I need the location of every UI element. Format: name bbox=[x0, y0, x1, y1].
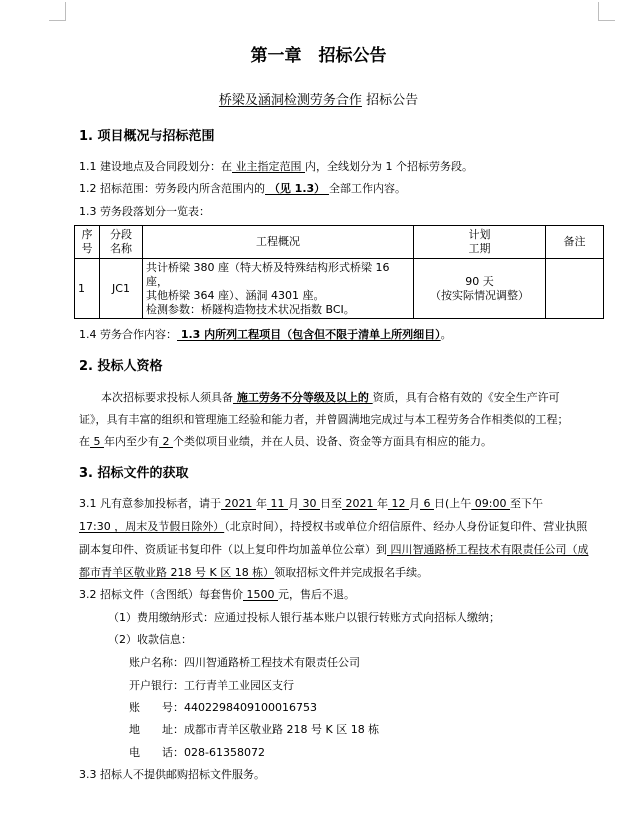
bank-row: 开户银行：工行青羊工业园区支行 bbox=[129, 677, 294, 693]
para-text: 个类似项目业绩，并在人员、设备、资金等方面具有相应的能力。 bbox=[173, 435, 492, 448]
company-field: 四川智通路桥工程技术有限责任公司（成 bbox=[387, 543, 589, 556]
chapter-title: 第一章 招标公告 bbox=[0, 41, 637, 66]
para-text: 年内至少有 bbox=[104, 435, 159, 448]
header-period: 计划工期 bbox=[414, 226, 546, 259]
section-3-heading: 3. 招标文件的获取 bbox=[79, 462, 189, 481]
location-field: 业主指定范围 bbox=[232, 160, 305, 173]
clause-text: 1.1 建设地点及合同段划分：在 bbox=[79, 160, 232, 173]
phone-row: 电 话：028-61358072 bbox=[129, 744, 265, 760]
cell-remark bbox=[546, 259, 604, 319]
payment-method: （1）费用缴纳形式：应通过投标人银行基本账户以银行转账方式向招标人缴纳； bbox=[108, 609, 500, 625]
cell-desc: 共计桥梁 380 座（特大桥及特殊结构形式桥梁 16 座，其他桥梁 364 座）… bbox=[143, 259, 414, 319]
price-field: 1500 bbox=[243, 588, 278, 601]
field-label: 地 址： bbox=[129, 723, 184, 736]
field-value: 028-61358072 bbox=[184, 746, 265, 759]
clause-1-4: 1.4 劳务合作内容： 1.3 内所列工程项目（包含但不限于清单上所列细目）。 bbox=[79, 326, 452, 342]
clause-text: 1.2 招标范围：劳务段内所含范围内的 bbox=[79, 182, 265, 195]
period-line: （按实际情况调整） bbox=[430, 289, 529, 302]
clause-1-3: 1.3 劳务段落划分一览表： bbox=[79, 203, 210, 219]
page-margin-corner-top-left bbox=[49, 2, 66, 21]
end-month: 12 bbox=[388, 497, 409, 510]
field-value: 4402298409100016753 bbox=[184, 701, 317, 714]
clause-text: 全部工作内容。 bbox=[329, 182, 406, 195]
desc-line: 检测参数：桥隧构造物技术状况指数 BCI。 bbox=[146, 303, 355, 316]
header-text: 计划 bbox=[469, 228, 491, 241]
pm-time: 17:30 ，周末及节假日除外） bbox=[79, 520, 224, 533]
para-text: 本次招标要求投标人须具备 bbox=[101, 391, 233, 404]
header-desc: 工程概况 bbox=[143, 226, 414, 259]
cell-period: 90 天（按实际情况调整） bbox=[414, 259, 546, 319]
header-remark: 备注 bbox=[546, 226, 604, 259]
clause-3-1-line-1: 3.1 凡有意参加投标者，请于 2021 年 11 月 30 日至 2021 年… bbox=[79, 495, 543, 511]
table-row: 1 JC1 共计桥梁 380 座（特大桥及特殊结构形式桥梁 16 座，其他桥梁 … bbox=[75, 259, 604, 319]
subtitle-project: 桥梁及涵洞检测劳务合作 bbox=[219, 93, 362, 108]
table-header-row: 序号 分段名称 工程概况 计划工期 备注 bbox=[75, 226, 604, 259]
clause-text: 1.4 劳务合作内容： bbox=[79, 328, 177, 341]
start-month: 11 bbox=[267, 497, 288, 510]
clause-3-2: 3.2 招标文件（含图纸）每套售价 1500 元，售后不退。 bbox=[79, 586, 355, 602]
clause-3-1-line-3: 副本复印件、资质证书复印件（以上复印件均加盖单位公章）到 四川智通路桥工程技术有… bbox=[79, 541, 589, 557]
clause-text: 内，全线划分为 1 个招标劳务段。 bbox=[305, 160, 473, 173]
address-field: 都市青羊区敬业路 218 号 K 区 18 栋） bbox=[79, 566, 274, 579]
clause-3-3: 3.3 招标人不提供邮购招标文件服务。 bbox=[79, 766, 265, 782]
end-year: 2021 bbox=[342, 497, 377, 510]
clause-text: 日至 bbox=[320, 497, 342, 510]
scope-field: （见 1.3） bbox=[265, 182, 329, 195]
account-number-row: 账 号：4402298409100016753 bbox=[129, 699, 317, 715]
clause-text: 3.2 招标文件（含图纸）每套售价 bbox=[79, 588, 243, 601]
period-line: 90 天 bbox=[465, 275, 494, 288]
clause-text: 年 bbox=[377, 497, 388, 510]
clause-text: 副本复印件、资质证书复印件（以上复印件均加盖单位公章）到 bbox=[79, 543, 387, 556]
clause-text: 月 bbox=[288, 497, 299, 510]
start-day: 30 bbox=[299, 497, 320, 510]
field-label: 电 话： bbox=[129, 746, 184, 759]
field-value: 四川智通路桥工程技术有限责任公司 bbox=[184, 656, 360, 669]
clause-text: 年 bbox=[256, 497, 267, 510]
header-text: 号 bbox=[82, 242, 93, 255]
clause-text: 3.1 凡有意参加投标者，请于 bbox=[79, 497, 221, 510]
header-name: 分段名称 bbox=[100, 226, 143, 259]
page-margin-corner-top-right bbox=[598, 2, 615, 21]
clause-1-2: 1.2 招标范围：劳务段内所含范围内的 （见 1.3） 全部工作内容。 bbox=[79, 180, 406, 196]
years-field: 5 bbox=[90, 435, 104, 448]
qualification-para-line-1: 本次招标要求投标人须具备 施工劳务不分等级及以上的 资质，具有合格有效的《安全生… bbox=[101, 389, 560, 405]
account-name-row: 账户名称：四川智通路桥工程技术有限责任公司 bbox=[129, 654, 360, 670]
count-field: 2 bbox=[159, 435, 173, 448]
labor-section-table: 序号 分段名称 工程概况 计划工期 备注 1 JC1 共计桥梁 380 座（特大… bbox=[74, 225, 604, 319]
cooperation-content-field: 1.3 内所列工程项目（包含但不限于清单上所列细目） bbox=[177, 328, 441, 341]
field-label: 账户名称： bbox=[129, 656, 184, 669]
start-year: 2021 bbox=[221, 497, 256, 510]
payment-info-heading: （2）收款信息： bbox=[108, 631, 192, 647]
qualification-field: 施工劳务不分等级及以上的 bbox=[233, 391, 373, 404]
section-1-heading: 1. 项目概况与招标范围 bbox=[79, 125, 215, 144]
qualification-para-line-3: 在 5 年内至少有 2 个类似项目业绩，并在人员、设备、资金等方面具有相应的能力… bbox=[79, 433, 492, 449]
desc-line: 共计桥梁 380 座（特大桥及特殊结构形式桥梁 16 座， bbox=[146, 261, 389, 288]
clause-1-1: 1.1 建设地点及合同段划分：在 业主指定范围 内，全线划分为 1 个招标劳务段… bbox=[79, 158, 473, 174]
header-text: 工期 bbox=[469, 242, 491, 255]
clause-3-1-line-2: 17:30 ，周末及节假日除外）（北京时间），持授权书或单位介绍信原件、经办人身… bbox=[79, 518, 587, 534]
para-text: 在 bbox=[79, 435, 90, 448]
cell-no: 1 bbox=[75, 259, 100, 319]
field-label: 开户银行： bbox=[129, 679, 184, 692]
header-text: 序 bbox=[82, 228, 93, 241]
am-time: 09:00 bbox=[471, 497, 510, 510]
field-value: 工行青羊工业园区支行 bbox=[184, 679, 294, 692]
cell-name: JC1 bbox=[100, 259, 143, 319]
subtitle-rest: 招标公告 bbox=[366, 93, 418, 108]
clause-text: 。 bbox=[441, 328, 452, 341]
desc-line: 其他桥梁 364 座）、涵洞 4301 座。 bbox=[146, 289, 324, 302]
clause-text: 元，售后不退。 bbox=[278, 588, 355, 601]
header-text: 分段 bbox=[110, 228, 132, 241]
clause-text: 日(上午 bbox=[434, 497, 471, 510]
header-text: 名称 bbox=[110, 242, 132, 255]
para-text: 资质，具有合格有效的《安全生产许可 bbox=[373, 391, 560, 404]
header-no: 序号 bbox=[75, 226, 100, 259]
clause-text: 月 bbox=[409, 497, 420, 510]
field-value: 成都市青羊区敬业路 218 号 K 区 18 栋 bbox=[184, 723, 379, 736]
clause-text: 至下午 bbox=[510, 497, 543, 510]
clause-text: （北京时间），持授权书或单位介绍信原件、经办人身份证复印件、营业执照 bbox=[224, 520, 587, 533]
document-subtitle: 桥梁及涵洞检测劳务合作 招标公告 bbox=[0, 89, 637, 108]
address-row: 地 址：成都市青羊区敬业路 218 号 K 区 18 栋 bbox=[129, 721, 379, 737]
clause-3-1-line-4: 都市青羊区敬业路 218 号 K 区 18 栋）领取招标文件并完成报名手续。 bbox=[79, 564, 428, 580]
field-label: 账 号： bbox=[129, 701, 184, 714]
end-day: 6 bbox=[420, 497, 434, 510]
clause-text: 领取招标文件并完成报名手续。 bbox=[274, 566, 428, 579]
qualification-para-line-2: 证》，具有丰富的组织和管理施工经验和能力者，并曾圆满地完成过与本工程劳务合作相类… bbox=[79, 411, 569, 427]
section-2-heading: 2. 投标人资格 bbox=[79, 355, 163, 374]
